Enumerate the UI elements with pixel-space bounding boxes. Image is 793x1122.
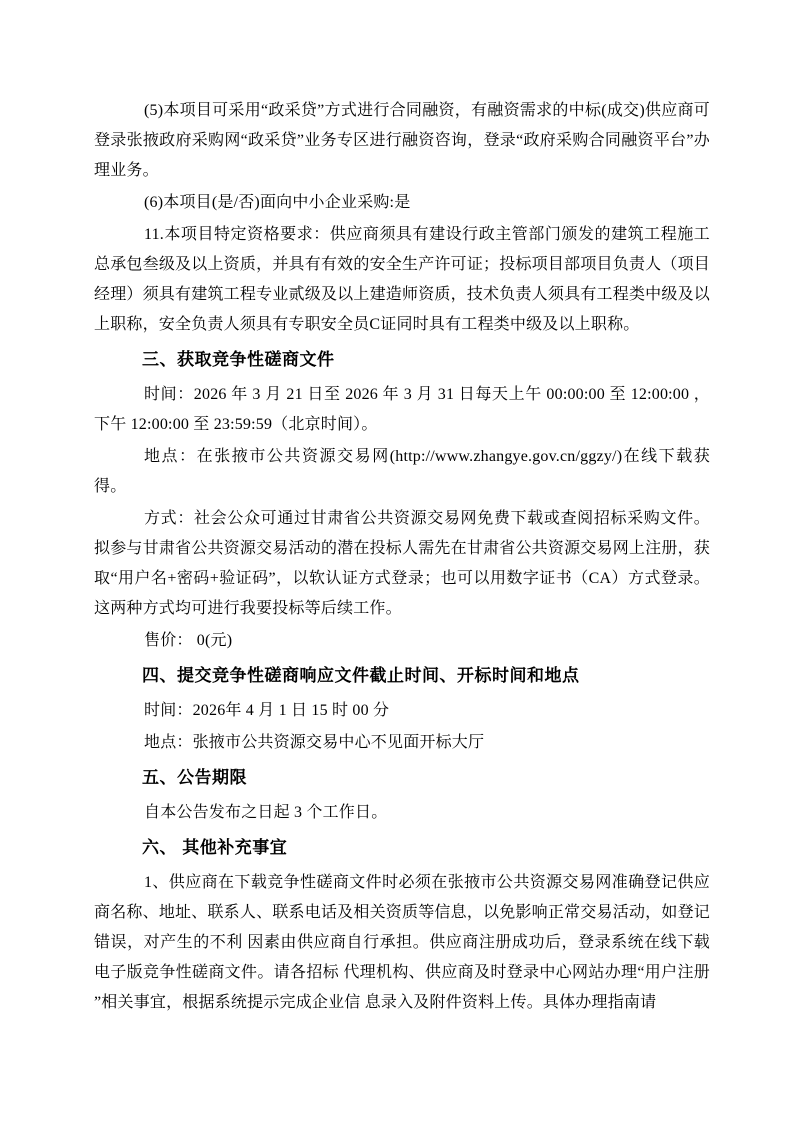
paragraph-4: 时间：2026 年 3 月 21 日至 2026 年 3 月 31 日每天上午 … (94, 380, 710, 440)
section-heading-3: 三、获取竞争性磋商文件 (94, 345, 710, 375)
document-page: (5)本项目可采用“政采贷”方式进行合同融资，有融资需求的中标(成交)供应商可登… (0, 0, 793, 1122)
paragraph-2: 11.本项目特定资格要求：供应商须具有建设行政主管部门颁发的建筑工程施工总承包叁… (94, 220, 710, 340)
paragraph-1: (6)本项目(是/否)面向中小企业采购:是 (94, 188, 710, 218)
document-body: (5)本项目可采用“政采贷”方式进行合同融资，有融资需求的中标(成交)供应商可登… (94, 96, 710, 1020)
section-heading-8: 四、提交竞争性磋商响应文件截止时间、开标时间和地点 (94, 661, 710, 691)
paragraph-6: 方式：社会公众可通过甘肃省公共资源交易网免费下载或查阅招标采购文件。拟参与甘肃省… (94, 504, 710, 624)
paragraph-10: 地点：张掖市公共资源交易中心不见面开标大厅 (94, 728, 710, 758)
paragraph-0: (5)本项目可采用“政采贷”方式进行合同融资，有融资需求的中标(成交)供应商可登… (94, 96, 710, 186)
paragraph-12: 自本公告发布之日起 3 个工作日。 (94, 798, 710, 828)
paragraph-14: 1、供应商在下载竞争性磋商文件时必须在张掖市公共资源交易网准确登记供应商名称、地… (94, 868, 710, 1018)
paragraph-5: 地点：在张掖市公共资源交易网(http://www.zhangye.gov.cn… (94, 442, 710, 502)
paragraph-7: 售价： 0(元) (94, 626, 710, 656)
section-heading-13: 六、 其他补充事宜 (94, 833, 710, 863)
section-heading-11: 五、公告期限 (94, 763, 710, 793)
paragraph-9: 时间：2026年 4 月 1 日 15 时 00 分 (94, 696, 710, 726)
